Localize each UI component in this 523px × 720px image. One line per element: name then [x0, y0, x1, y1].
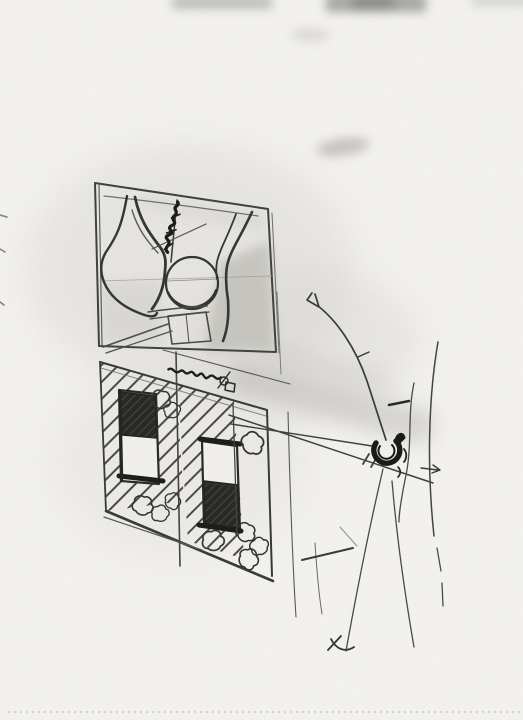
scanned-sketch-page	[0, 0, 523, 720]
sketch-canvas	[0, 0, 523, 720]
paper-grain-overlay	[0, 0, 523, 720]
